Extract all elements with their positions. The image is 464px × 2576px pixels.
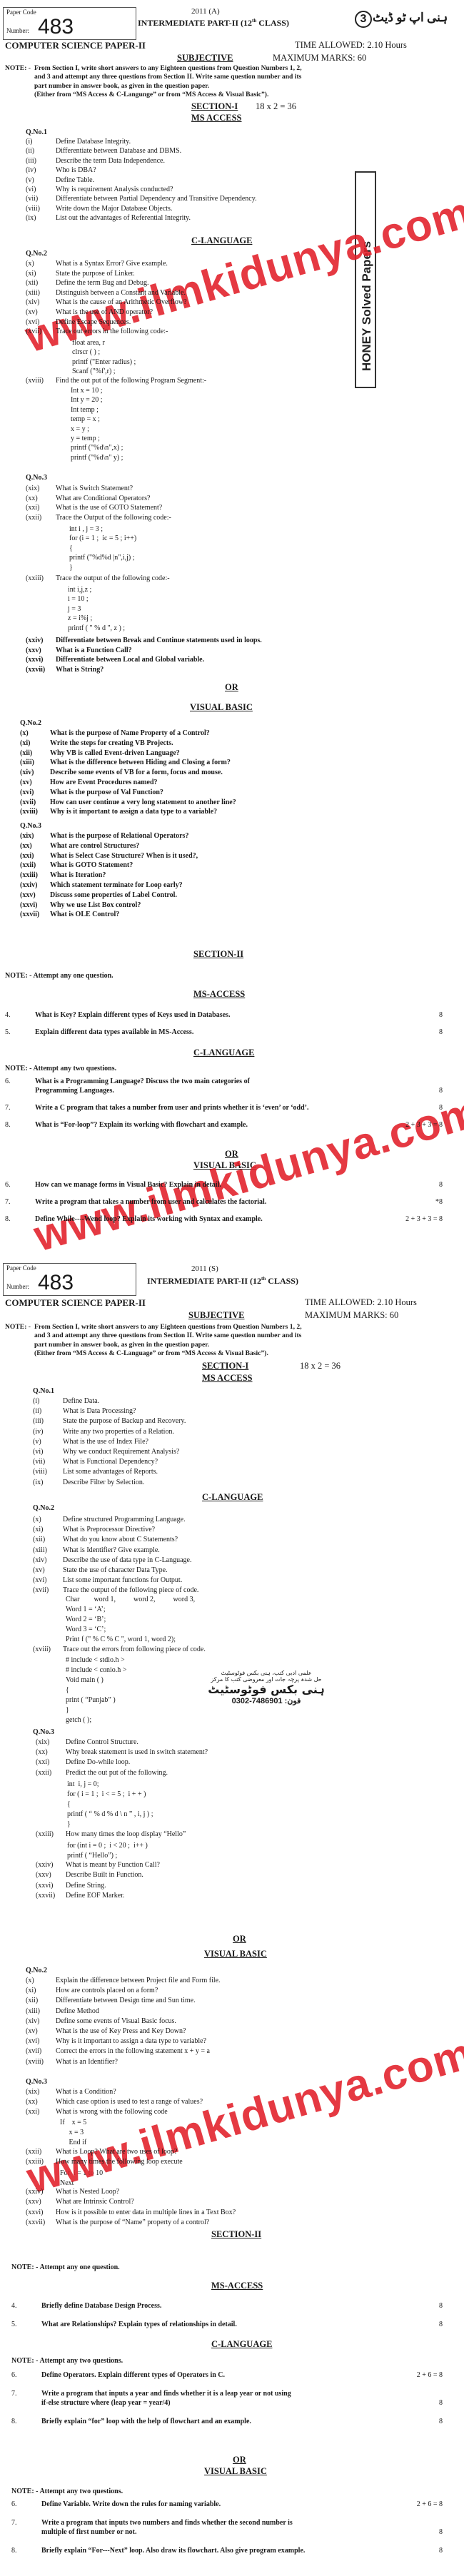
question-number: (xx): [36, 1748, 66, 1756]
question-text: List some important functions for Output…: [63, 1576, 182, 1584]
question-item: (xi)How are controls placed on a form?: [26, 1987, 158, 1994]
question-number: (xiv): [26, 298, 56, 306]
question-item: (xvi)Why is it important to assign a dat…: [26, 2037, 206, 2045]
paper-code-box: Paper Code Number: 483: [3, 7, 136, 40]
long-question-text-cont: multiple of first number or not.: [41, 2528, 137, 2536]
question-item: (xxvii)What is OLE Control?: [20, 911, 119, 918]
question-item: (xxvii)What is the purpose of “Name” pro…: [26, 2218, 209, 2226]
question-text: Differentiate between Design time and Su…: [56, 1997, 196, 2004]
question-number: (vi): [33, 1448, 63, 1456]
note-line: From Section I, write short answers to a…: [34, 1323, 302, 1332]
question-item: (ix)Describe Filter by Selection.: [33, 1479, 144, 1486]
question-number: (xiii): [26, 289, 56, 297]
code-snippet: int i, j = 0; for ( i = 1 ; i < = 5 ; i …: [67, 1780, 153, 1830]
question-number: (iii): [26, 157, 56, 165]
question-item: (xxvii)What is String?: [26, 666, 104, 674]
question-number: (xii): [33, 1536, 63, 1543]
question-item: (xxvi)Differentiate between Local and Gl…: [26, 656, 204, 664]
question-item: (xiv)Describe some events of VB for a fo…: [20, 769, 223, 776]
marks-value: 2 + 6 = 8: [417, 2500, 443, 2508]
question-text: Which case option is used to test a rang…: [56, 2098, 203, 2106]
question-text: Why VB is called Event-driven Language?: [50, 749, 180, 757]
q3-label: Q.No.3: [26, 2078, 47, 2086]
long-question-text-cont: if-else structure where (leap year = yea…: [41, 2399, 171, 2407]
question-number: (xi): [26, 1987, 56, 1994]
question-number: (xxvii): [26, 666, 56, 674]
question-text: Define Table.: [56, 176, 94, 184]
question-text: What is OLE Control?: [50, 911, 119, 918]
question-number: (xv): [26, 2027, 56, 2035]
marks-value: 8: [439, 1104, 443, 1112]
question-item: (x)Explain the difference between Projec…: [26, 1977, 221, 1984]
note-attempt-one: NOTE: - Attempt any one question.: [5, 972, 114, 980]
question-number: (xxvi): [26, 2209, 56, 2216]
question-number: (xx): [26, 2098, 56, 2106]
question-item: (xxvii)Define EOF Marker.: [36, 1892, 124, 1900]
question-item: (viii)List some advantages of Reports.: [33, 1468, 158, 1476]
question-text: What is String?: [56, 666, 104, 674]
question-number: (xviii): [33, 1646, 63, 1653]
question-text: What is Nested Loop?: [56, 2188, 119, 2196]
long-question-text: Briefly define Database Design Process.: [41, 2302, 161, 2310]
marks-value: 2 + 6 = 8: [417, 2371, 443, 2379]
question-text: Why we use List Box control?: [50, 901, 141, 909]
urdu-logo: ہنی اپ ٹو ڈیٹ: [373, 10, 448, 25]
question-text: List some advantages of Reports.: [63, 1468, 158, 1476]
question-item: (xvi)Define Escape Sequences.: [26, 318, 131, 326]
question-text: Differentiate between Partial Dependency…: [56, 195, 257, 203]
question-item: (x)What is a Syntax Error? Give example.: [26, 260, 168, 268]
question-text: What are Intrinsic Control?: [56, 2198, 134, 2206]
marks-value: *8: [435, 1198, 443, 1206]
section-1-marks: 18 x 2 = 36: [300, 1361, 341, 1371]
note-line: From Section I, write short answers to a…: [34, 64, 302, 73]
long-question-text: How can we manage forms in Visual Basic?…: [35, 1181, 221, 1189]
question-item: (xv)State the use of character Data Type…: [33, 1566, 168, 1574]
exam-level-end: CLASS): [266, 1276, 298, 1286]
marks-value: 8: [439, 2399, 443, 2407]
long-question-number: 8.: [11, 2547, 17, 2555]
note-line: part number in answer book, as given in …: [34, 1341, 302, 1349]
question-item: (xvi)List some important functions for O…: [33, 1576, 182, 1584]
question-number: (xxvi): [26, 656, 56, 664]
question-number: (xxiii): [20, 871, 50, 879]
question-text: Explain the difference between Project f…: [56, 1977, 221, 1984]
visual-basic-heading: VISUAL BASIC: [204, 1949, 267, 1959]
question-number: (xviii): [26, 377, 56, 385]
question-number: (xx): [26, 495, 56, 502]
question-item: (xxiii)Trace the output of the following…: [26, 574, 170, 582]
exam-level: INTERMEDIATE PART-II (12th CLASS): [147, 1276, 298, 1287]
question-number: (xv): [26, 308, 56, 316]
question-number: (xvii): [20, 798, 50, 806]
question-number: (xxvii): [26, 2218, 56, 2226]
question-number: (x): [26, 260, 56, 268]
marks-value: 8: [439, 2547, 443, 2555]
question-number: (ii): [33, 1407, 63, 1415]
question-text: Define Control Structure.: [66, 1738, 138, 1746]
q1-label: Q.No.1: [26, 128, 47, 136]
visual-basic-heading: VISUAL BASIC: [190, 702, 253, 713]
long-question-number: 6.: [11, 2500, 17, 2508]
question-item: (iii)Describe the term Data Independence…: [26, 157, 165, 165]
question-item: (xxiv)What is meant by Function Call?: [36, 1861, 160, 1869]
question-text: Why is it important to assign a data typ…: [50, 808, 217, 816]
question-number: (xxii): [36, 1769, 66, 1777]
long-question-text: Explain different data types available i…: [35, 1028, 193, 1036]
ms-access-heading: MS ACCESS: [202, 1373, 253, 1384]
question-number: (xii): [20, 749, 50, 757]
or-heading: OR: [233, 2455, 246, 2465]
question-number: (vii): [33, 1458, 63, 1466]
question-text: What is Iteration?: [50, 871, 106, 879]
long-question-text: Define Operators. Explain different type…: [41, 2371, 225, 2379]
question-item: (vii)Differentiate between Partial Depen…: [26, 195, 257, 203]
q2-label: Q.No.2: [26, 250, 47, 258]
question-text: State the use of character Data Type.: [63, 1566, 168, 1574]
question-item: (xiv)Describe the use of data type in C-…: [33, 1556, 192, 1564]
question-text: Why is it important to assign a data typ…: [56, 2037, 206, 2045]
question-text: Write the steps for creating VB Projects…: [50, 739, 173, 747]
long-question-text: Define While----Wend loop? Explain its w…: [35, 1215, 263, 1223]
code-snippet: int i,j,z ; i = 10 ; j = 3 z = i%j ; pri…: [68, 585, 125, 633]
question-item: (xxii)What is GOTO Statement?: [20, 861, 133, 869]
paper-code-label: Paper Code: [6, 9, 36, 16]
question-text: What is Preprocessor Directive?: [63, 1526, 155, 1533]
question-item: (xviii)Find the out put of the following…: [26, 377, 206, 385]
question-text: Find the out put of the following Progra…: [56, 377, 206, 385]
question-item: (xvii)How can user continue a very long …: [20, 798, 236, 806]
question-number: (xxi): [26, 2108, 56, 2116]
c-language-heading: C-LANGUAGE: [211, 2339, 272, 2350]
note-attempt-one: NOTE: - Attempt any one question.: [11, 2263, 120, 2271]
question-text: What is Data Processing?: [63, 1407, 136, 1415]
question-text: What are Conditional Operators?: [56, 495, 150, 502]
ad-line: علمی ادبی کتب، ہنی بکس فوٹوسٹیٹ: [191, 1670, 341, 1676]
question-item: (v)What is the use of Index File?: [33, 1438, 148, 1446]
note-line: (Either from “MS Access & C-Language” or…: [34, 1349, 302, 1358]
subject-title: COMPUTER SCIENCE PAPER-II: [5, 1297, 146, 1309]
question-item: (xviii)Trace out the errors from followi…: [33, 1646, 206, 1653]
question-number: (xii): [26, 279, 56, 287]
marks-value: 8: [439, 1087, 443, 1095]
question-item: (xix)What is a Condition?: [26, 2088, 116, 2096]
number-label: Number:: [6, 1283, 29, 1290]
question-item: (xii)Why VB is called Event-driven Langu…: [20, 749, 180, 757]
long-question-number: 7.: [5, 1104, 11, 1112]
question-item: (i)Define Database Integrity.: [26, 138, 131, 146]
question-number: (xxv): [36, 1871, 66, 1879]
question-item: (xi)State the purpose of Linker.: [26, 270, 135, 278]
question-text: What is the purpose of Name Property of …: [50, 729, 210, 737]
question-number: (xxiii): [26, 2158, 56, 2166]
question-number: (xv): [20, 779, 50, 786]
question-number: (xiii): [26, 2007, 56, 2015]
question-number: (xx): [20, 842, 50, 850]
code-snippet: Char word 1, word 2, word 3, Word 1 = ‘A…: [66, 1595, 195, 1645]
question-number: (i): [33, 1397, 63, 1405]
question-number: (xiii): [20, 759, 50, 766]
or-heading: OR: [233, 1934, 246, 1944]
question-item: (xvii)Correct the errors in the followin…: [26, 2047, 210, 2055]
question-number: (xvii): [33, 1586, 63, 1594]
badge-number: 3: [355, 11, 372, 28]
c-language-heading: C-LANGUAGE: [191, 235, 252, 246]
paper-code-box: Paper Code Number: 483: [3, 1263, 136, 1296]
long-question-number: 6.: [11, 2371, 17, 2379]
question-number: (xxii): [26, 514, 56, 522]
question-text: Trace the output of the following piece …: [63, 1586, 198, 1594]
q1-label: Q.No.1: [33, 1387, 54, 1395]
ad-line: حل شدہ پرچہ جات اور معروضی کتب کا مرکز: [191, 1676, 341, 1683]
question-text: Correct the errors in the following stat…: [56, 2047, 210, 2055]
note-attempt-two: NOTE: - Attempt any two questions.: [5, 1065, 116, 1073]
question-item: (vii)What is Functional Dependency?: [33, 1458, 158, 1466]
long-question-text: What are Relationships? Explain types of…: [41, 2321, 237, 2328]
question-text: What is Switch Statement?: [56, 485, 133, 492]
question-item: (xxiv)Differentiate between Break and Co…: [26, 637, 262, 644]
question-item: (xiii)Define Method: [26, 2007, 99, 2015]
question-text: What is the purpose of Relational Operat…: [50, 832, 188, 840]
question-text: Predict the out put of the following.: [66, 1769, 168, 1777]
long-question-text: Define Variable. Write down the rules fo…: [41, 2500, 221, 2508]
question-number: (xxiv): [26, 2188, 56, 2196]
question-text: State the purpose of Backup and Recovery…: [63, 1417, 186, 1425]
code-snippet: # include < stdio.h > # include < conio.…: [66, 1655, 126, 1725]
question-item: (xxiii)What is Iteration?: [20, 871, 106, 879]
long-question-number: 8.: [5, 1121, 11, 1129]
marks-value: 8: [439, 1028, 443, 1036]
question-text: Define String.: [66, 1882, 106, 1890]
question-item: (xii)Differentiate between Design time a…: [26, 1997, 196, 2004]
question-number: (xxv): [20, 891, 50, 899]
question-number: (ix): [26, 214, 56, 222]
question-text: Differentiate between Database and DBMS.: [56, 147, 181, 155]
question-item: (xvi)What is the purpose of Val Function…: [20, 788, 163, 796]
question-text: Define the term Bug and Debug.: [56, 279, 149, 287]
question-text: Define Escape Sequences.: [56, 318, 131, 326]
long-question-number: 6.: [5, 1077, 11, 1085]
question-text: What is the use of Index File?: [63, 1438, 148, 1446]
question-text: List out the advantages of Referential I…: [56, 214, 191, 222]
question-item: (xxiii)How many times the following loop…: [26, 2158, 183, 2166]
marks-value: 2 + 3 + 3 = 8: [405, 1121, 443, 1129]
question-number: (x): [26, 1977, 56, 1984]
question-text: Distinguish between a Constant and Varia…: [56, 289, 186, 297]
note-attempt-two: NOTE: - Attempt any two questions.: [11, 2488, 123, 2495]
long-question-number: 7.: [5, 1198, 11, 1206]
question-item: (xv)What is the use of AND operator?: [26, 308, 153, 316]
question-item: (xix)What is Switch Statement?: [26, 485, 133, 492]
question-item: (xx)Which case option is used to test a …: [26, 2098, 203, 2106]
c-language-heading: C-LANGUAGE: [202, 1492, 263, 1503]
question-text: Who is DBA?: [56, 166, 96, 174]
subjective-heading: SUBJECTIVE: [177, 53, 233, 64]
question-number: (xix): [26, 485, 56, 492]
question-text: Why we conduct Requirement Analysis?: [63, 1448, 179, 1456]
question-text: Define some events of Visual Basic focus…: [56, 2017, 176, 2025]
question-text: What is a Condition?: [56, 2088, 116, 2096]
question-number: (xxvii): [36, 1892, 66, 1900]
question-item: (xix)What is the purpose of Relational O…: [20, 832, 188, 840]
long-question-number: 6.: [5, 1181, 11, 1189]
question-text: Differentiate between Local and Global v…: [56, 656, 204, 664]
note-line: part number in answer book, as given in …: [34, 82, 302, 91]
question-number: (xvi): [20, 788, 50, 796]
question-number: (xxi): [20, 852, 50, 860]
question-text: What is Identifier? Give example.: [63, 1546, 160, 1554]
question-item: (xxvi)Define String.: [36, 1882, 106, 1890]
question-number: (xxvi): [36, 1882, 66, 1890]
question-number: (xxiv): [26, 637, 56, 644]
question-text: What is an Identifier?: [56, 2058, 118, 2066]
question-text: What is Loop? What are two uses of loop?: [56, 2148, 177, 2156]
question-item: (xxiii)How many times the loop display “…: [36, 1830, 186, 1838]
question-number: (vii): [26, 195, 56, 203]
note-text: From Section I, write short answers to a…: [34, 64, 302, 100]
question-text: What is a Syntax Error? Give example.: [56, 260, 168, 268]
question-text: What do you know about C Statements?: [63, 1536, 178, 1543]
question-text: Describe Filter by Selection.: [63, 1479, 144, 1486]
question-number: (xix): [26, 2088, 56, 2096]
question-item: (xxv)What are Intrinsic Control?: [26, 2198, 134, 2206]
marks-value: 8: [439, 2321, 443, 2328]
question-item: (xxvi)How is it possible to enter data i…: [26, 2209, 236, 2216]
long-question-text: Write a C program that takes a number fr…: [35, 1104, 309, 1112]
exam-year: 2011 (A): [191, 7, 220, 16]
long-question-text: What is a Programming Language? Discuss …: [35, 1077, 250, 1085]
question-number: (xxvi): [20, 901, 50, 909]
question-text: What is meant by Function Call?: [66, 1861, 160, 1869]
long-question-text-cont: Programming Languages.: [35, 1087, 114, 1095]
ad-phone: 0302-7486901 :فون: [191, 1696, 341, 1705]
question-text: What are control Structures?: [50, 842, 139, 850]
question-item: (xxi)What is the use of GOTO Statement?: [26, 504, 162, 512]
question-item: (xxv)Describe Built in Function.: [36, 1871, 143, 1879]
question-text: Trace out the errors from following piec…: [63, 1646, 206, 1653]
watermark: www.ilmkidunya.com: [29, 1086, 464, 1262]
question-number: (xiv): [20, 769, 50, 776]
question-item: (x)What is the purpose of Name Property …: [20, 729, 210, 737]
question-text: How can user continue a very long statem…: [50, 798, 236, 806]
question-item: (vi)Why we conduct Requirement Analysis?: [33, 1448, 179, 1456]
question-item: (xxii)Trace the Output of the following …: [26, 514, 171, 522]
section-1-heading: SECTION-I: [202, 1361, 248, 1371]
question-text: What is a Function Call?: [56, 646, 132, 654]
question-item: (xxi)Define Do-while loop.: [36, 1758, 130, 1766]
question-item: (xxii)Predict the out put of the followi…: [36, 1769, 168, 1777]
question-item: (ii)What is Data Processing?: [33, 1407, 136, 1415]
section-1-heading: SECTION-I: [191, 101, 238, 112]
ms-access-heading: MS-ACCESS: [211, 2281, 263, 2291]
visual-basic-heading: VISUAL BASIC: [204, 2466, 267, 2477]
question-text: Define Do-while loop.: [66, 1758, 130, 1766]
question-number: (xvii): [26, 2047, 56, 2055]
question-number: (iii): [33, 1417, 63, 1425]
question-number: (xxiv): [36, 1861, 66, 1869]
question-text: Why break statement is used in switch st…: [66, 1748, 208, 1756]
paper-code-label: Paper Code: [6, 1264, 36, 1272]
question-number: (iv): [33, 1428, 63, 1436]
long-question-number: 4.: [5, 1011, 11, 1019]
question-number: (xxv): [26, 2198, 56, 2206]
q2-label: Q.No.2: [26, 1967, 47, 1974]
question-number: (viii): [26, 205, 56, 213]
question-item: (xviii)What is an Identifier?: [26, 2058, 118, 2066]
question-number: (xv): [33, 1566, 63, 1574]
question-number: (xviii): [20, 808, 50, 816]
question-number: (xiii): [33, 1546, 63, 1554]
section-2-heading: SECTION-II: [211, 2229, 261, 2240]
question-item: (xvii)Trace the output of the following …: [33, 1586, 198, 1594]
number-label: Number:: [6, 27, 29, 34]
question-item: (viii)Write down the Major Database Obje…: [26, 205, 172, 213]
question-text: What is the purpose of Val Function?: [50, 788, 163, 796]
question-item: (xxii)What is Loop? What are two uses of…: [26, 2148, 177, 2156]
code-snippet: int i , j = 3 ; for (i = 1 ; ic = 5 ; i+…: [69, 524, 136, 572]
question-text: Trace the output of the following code:-: [56, 574, 170, 582]
note-text: From Section I, write short answers to a…: [34, 1323, 302, 1359]
question-item: (i)Define Data.: [33, 1397, 99, 1405]
question-item: (xi)Write the steps for creating VB Proj…: [20, 739, 173, 747]
question-number: (xix): [20, 832, 50, 840]
question-number: (xii): [26, 1997, 56, 2004]
or-heading: OR: [225, 682, 238, 693]
ad-title: ہنی بکس فوٹوسٹیٹ: [191, 1683, 341, 1696]
long-question-number: 7.: [11, 2390, 17, 2398]
question-text: Define Data.: [63, 1397, 99, 1405]
question-item: (xxi)What is Select Case Structure? When…: [20, 852, 198, 860]
question-number: (xxvii): [20, 911, 50, 918]
long-question-number: 7.: [11, 2519, 17, 2527]
question-text: Differentiate between Break and Continue…: [56, 637, 262, 644]
question-item: (xiii)Distinguish between a Constant and…: [26, 289, 186, 297]
note-line: and 3 and attempt any three questions fr…: [34, 73, 302, 81]
question-text: Why is requirement Analysis conducted?: [56, 186, 173, 193]
exam-level-end: CLASS): [256, 18, 289, 28]
question-item: (x)Define structured Programming Languag…: [33, 1516, 186, 1523]
question-item: (vi)Why is requirement Analysis conducte…: [26, 186, 173, 193]
question-text: What is the cause of an Arithmetic Overf…: [56, 298, 187, 306]
question-text: Define Method: [56, 2007, 99, 2015]
long-question-text: What is “For-loop”? Explain its working …: [35, 1121, 248, 1129]
question-text: Write any two properties of a Relation.: [63, 1428, 174, 1436]
question-text: Which statement terminate for Loop early…: [50, 881, 183, 889]
question-item: (xx)Why break statement is used in switc…: [36, 1748, 208, 1756]
question-number: (xxii): [20, 861, 50, 869]
code-snippet: for (int i = 0 ; i < 20 ; i++ ) printf (…: [67, 1841, 148, 1861]
section-1-marks: 18 x 2 = 36: [256, 101, 296, 112]
question-number: (xxv): [26, 646, 56, 654]
question-text: How are controls placed on a form?: [56, 1987, 158, 1994]
long-question-text: Briefly explain “For---Next” loop. Also …: [41, 2547, 305, 2555]
question-number: (xviii): [26, 2058, 56, 2066]
question-text: How many times the following loop execut…: [56, 2158, 183, 2166]
question-text: What is Select Case Structure? When is i…: [50, 852, 198, 860]
q3-label: Q.No.3: [33, 1728, 54, 1736]
maximum-marks: MAXIMUM MARKS: 60: [305, 1310, 398, 1321]
question-item: (xxv)Discuss some properties of Label Co…: [20, 891, 177, 899]
question-item: (xxi)What is wrong with the following co…: [26, 2108, 168, 2116]
question-number: (ii): [26, 147, 56, 155]
question-text: What is the difference between Hiding an…: [50, 759, 231, 766]
question-text: Define Database Integrity.: [56, 138, 131, 146]
question-text: Define structured Programming Language.: [63, 1516, 186, 1523]
question-item: (xx)What are control Structures?: [20, 842, 139, 850]
question-number: (xix): [36, 1738, 66, 1746]
question-item: (xxv)What is a Function Call?: [26, 646, 132, 654]
q2-label: Q.No.2: [33, 1504, 54, 1512]
